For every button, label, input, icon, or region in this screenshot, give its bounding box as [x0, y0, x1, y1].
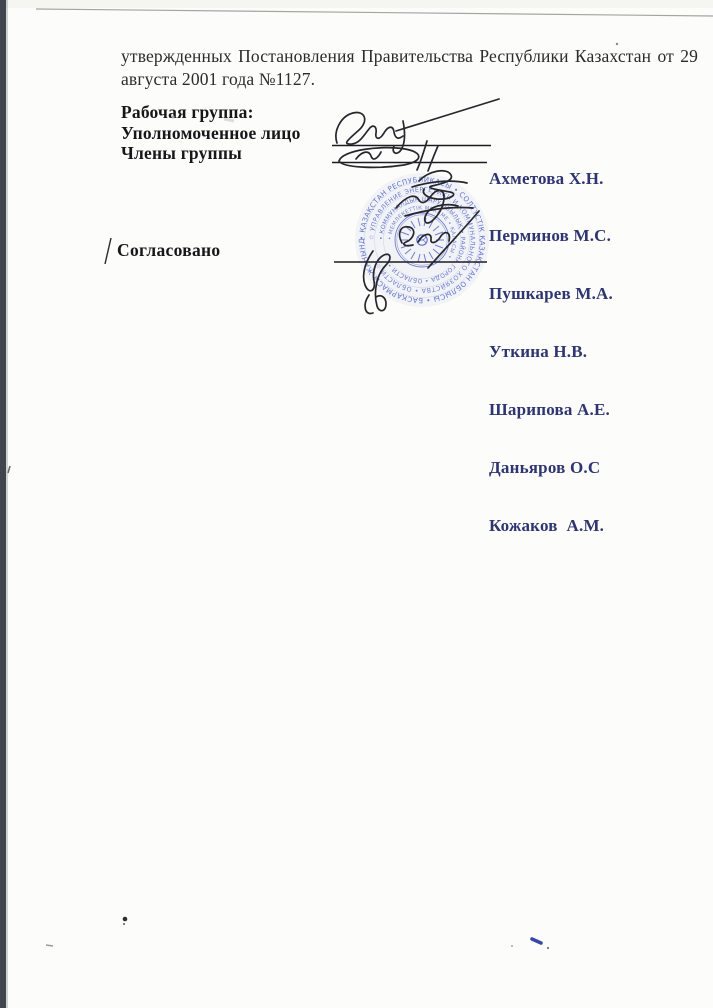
stamp-center-emblem-icon — [395, 213, 449, 267]
signatory-name: Даньяров О.С — [489, 458, 613, 477]
speck — [123, 917, 128, 922]
scan-page-edge-line — [36, 9, 713, 16]
signature-scrawl-1 — [336, 112, 403, 144]
stamp-ring-separator — [384, 202, 461, 279]
signature-scrawl-4 — [396, 190, 458, 223]
stamp-ring-separator — [375, 193, 470, 288]
handwritten-signatures — [336, 99, 499, 314]
scanned-document-page: утвержденных Постановления Правительства… — [0, 0, 713, 1008]
signatory-name: Шарипова А.Е. — [489, 400, 613, 419]
signatory-name: Ахметова Х.Н. — [489, 169, 613, 188]
approval-reference-paragraph: утвержденных Постановления Правительства… — [121, 45, 698, 90]
scan-top-shade — [0, 0, 713, 8]
speck — [8, 466, 10, 473]
scan-edge-strip-highlight — [6, 0, 8, 1008]
stamp-fourth-ring-text: • МЕМЛЕКЕТТІК МЕКЕМЕ • ҚАЛАСЫ • — [387, 205, 456, 259]
signature-scrawl-1-tail — [396, 99, 499, 131]
signature-lines — [332, 146, 491, 263]
group-members-label: Члены группы — [121, 143, 301, 164]
signature-scrawl-5-loop — [400, 227, 414, 246]
signature-scrawl-5-slash — [428, 211, 479, 268]
speck — [46, 945, 53, 946]
signatory-names-column: Ахметова Х.Н. Перминов М.С. Пушкарев М.А… — [489, 130, 613, 574]
working-group-heading: Рабочая группа: — [121, 102, 301, 123]
signature-scrawl-2-oval — [339, 148, 419, 168]
authorized-person-label: Уполномоченное лицо — [121, 123, 301, 144]
stamp-second-ring-text: ☆ УПРАВЛЕНИЕ ЭНЕРГЕТИКИ И КОММУНАЛЬНОГО … — [367, 185, 476, 294]
signatory-name: Пушкарев М.А. — [489, 284, 613, 303]
working-group-block: Рабочая группа: Уполномоченное лицо Член… — [121, 102, 301, 164]
signature-scrawl-2-slash — [417, 141, 427, 170]
speck — [547, 947, 549, 949]
signature-scrawl-6-loop — [365, 295, 373, 314]
signature-scrawl-2-inner — [356, 152, 381, 159]
signature-scrawl-3-cross — [412, 181, 467, 187]
signature-scrawl-2-slash — [428, 146, 438, 171]
agreed-slash-mark — [105, 238, 111, 264]
signatory-name: Перминов М.С. — [489, 226, 613, 245]
signature-scrawl-1-descender — [393, 121, 404, 153]
stamp-ring-separator — [365, 183, 480, 298]
signature-scrawl-3 — [419, 171, 454, 199]
speck — [511, 945, 513, 947]
blue-speck — [532, 939, 541, 943]
agreed-label: Согласовано — [117, 240, 220, 261]
speck — [123, 923, 125, 925]
signatory-name: Кожаков А.М. — [489, 516, 613, 535]
signatory-name: Уткина Н.В. — [489, 342, 613, 361]
stamp-ink-wash — [355, 173, 489, 307]
signature-scrawl-5-letters — [418, 233, 449, 243]
stamp-third-ring-text: • КОММУНАЛДЫҚ ШАРУАШЫЛЫҚ • РАЙОНА ГОРОДА… — [379, 197, 466, 283]
signature-scrawl-6 — [364, 251, 390, 311]
signature-scrawl-4-cross — [405, 207, 473, 216]
